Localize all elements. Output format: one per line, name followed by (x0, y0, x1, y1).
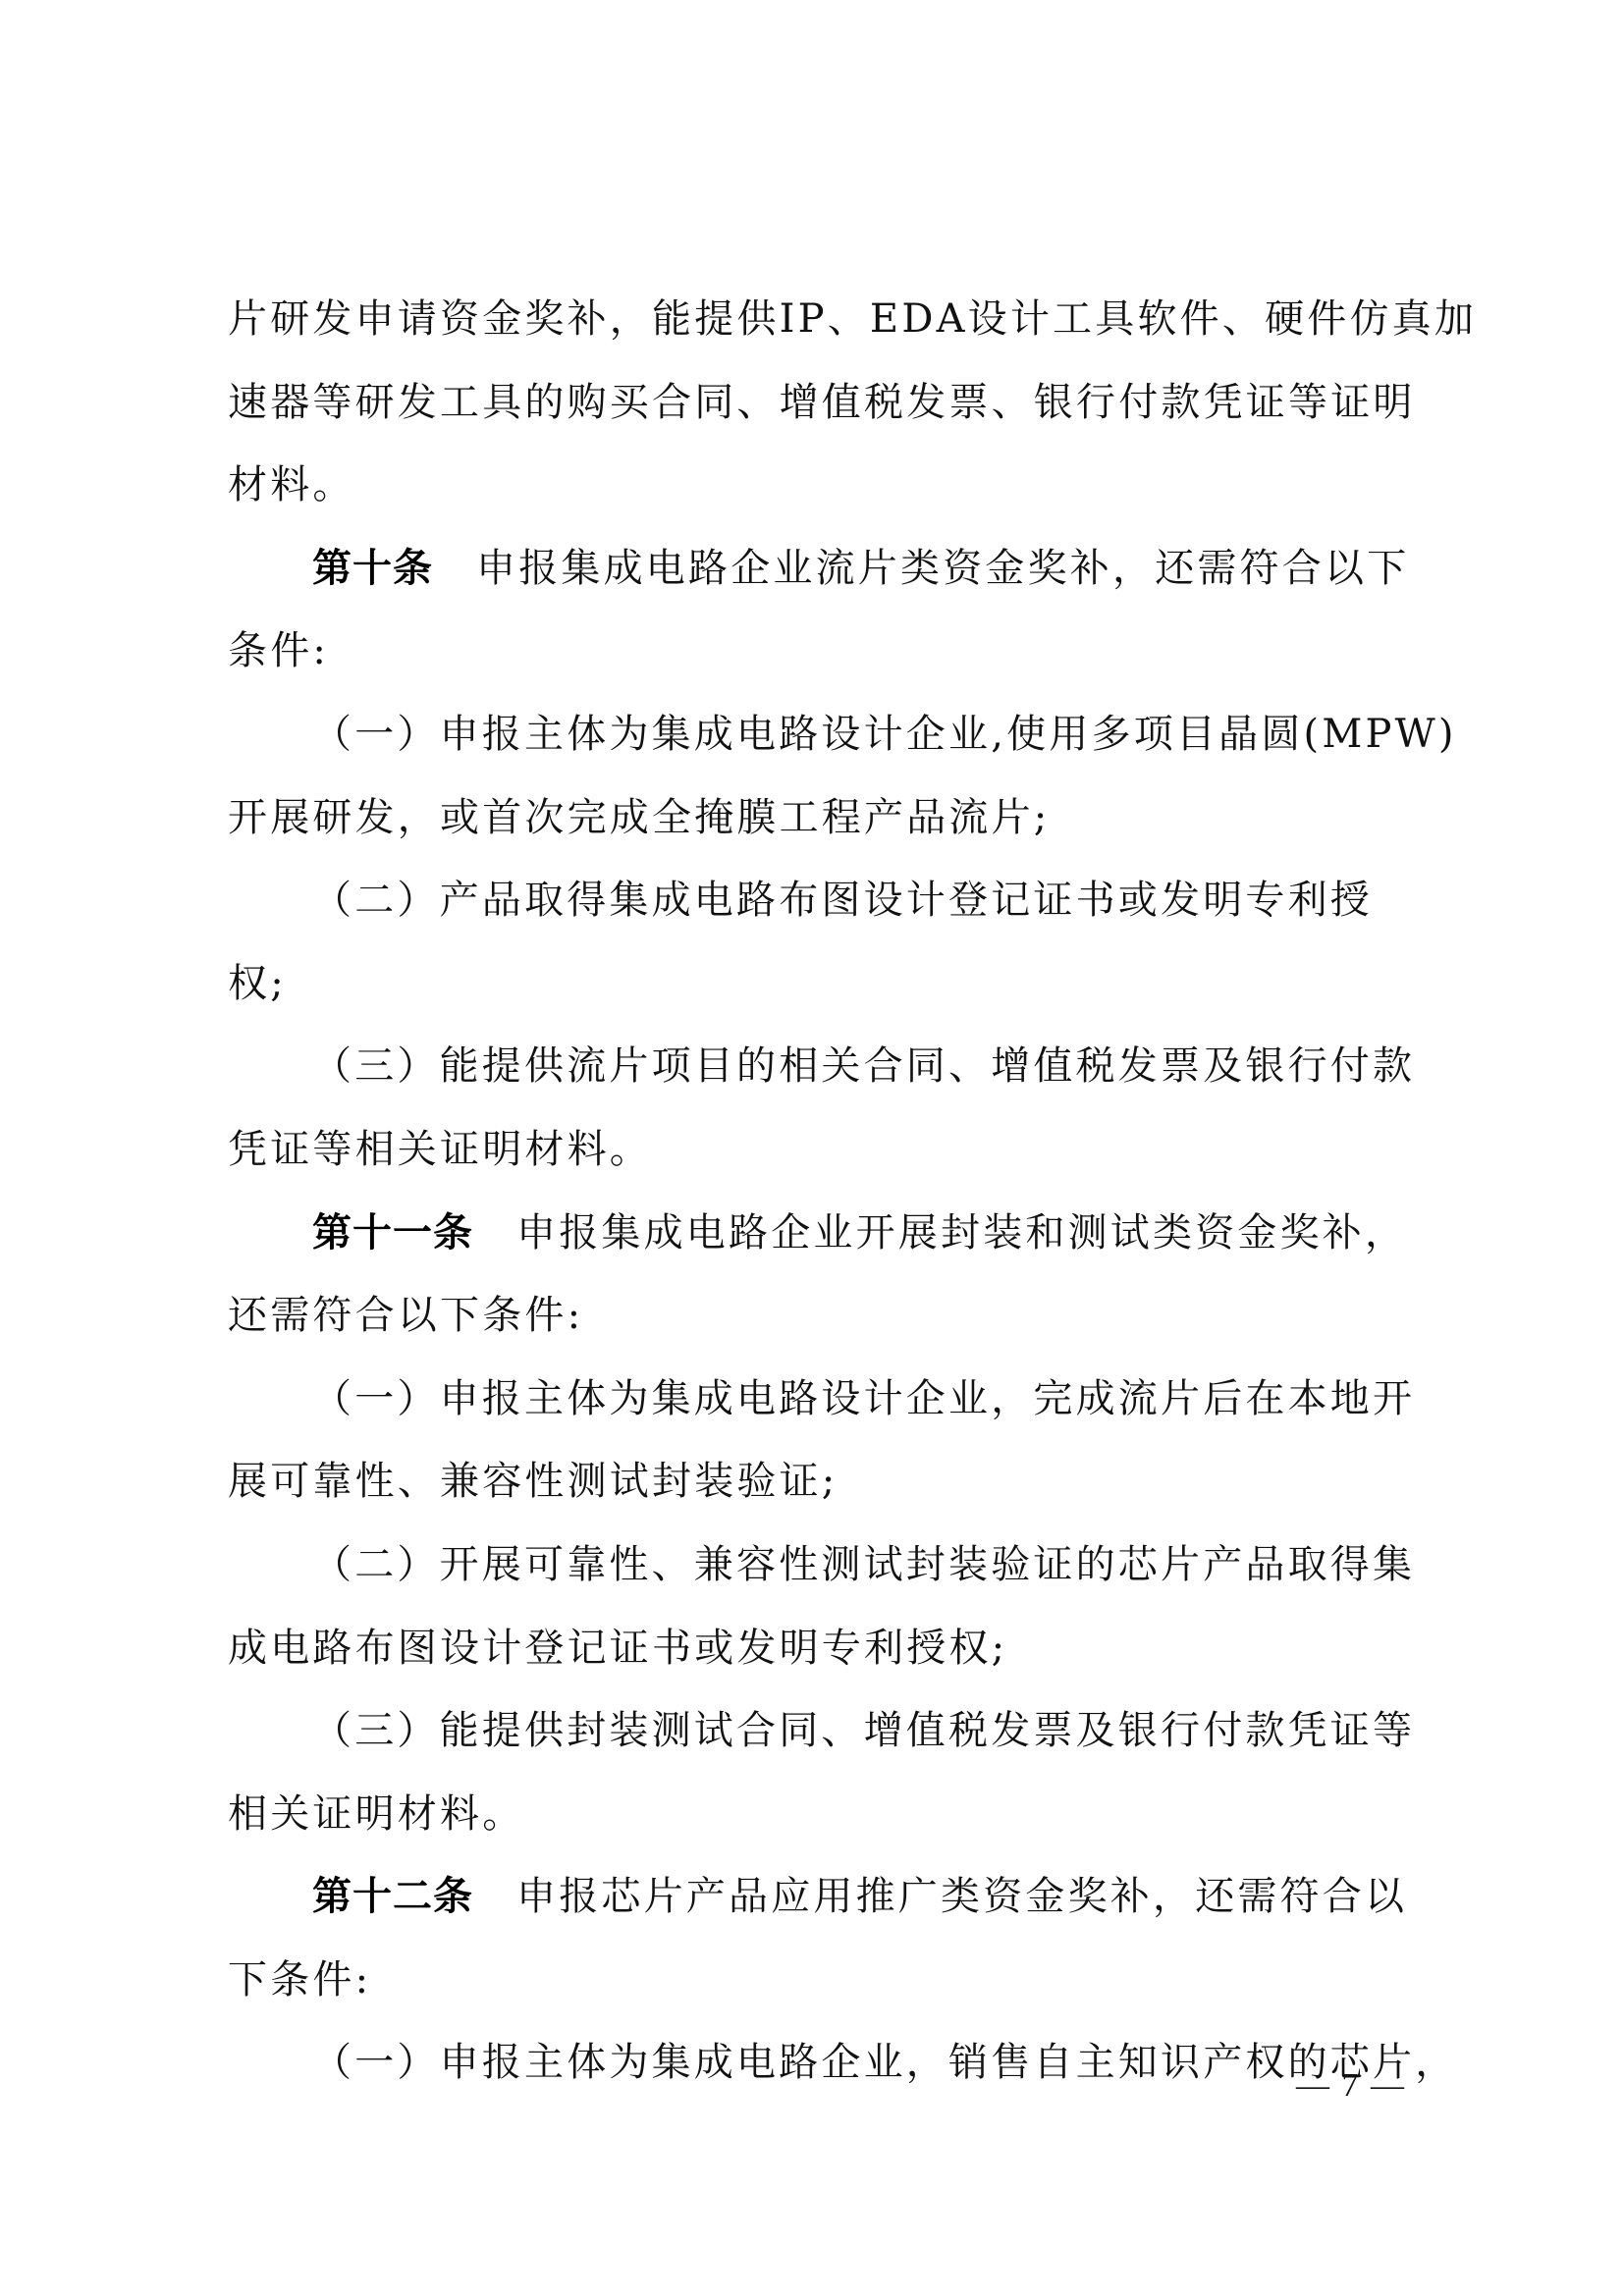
document-page: 片研发申请资金奖补，能提供IP、EDA设计工具软件、硬件仿真加 速器等研发工具的… (0, 0, 1623, 2296)
article-heading: 第十二条 (312, 1874, 473, 1919)
article-text: 申报集成电路企业开展封装和测试类资金奖补， (516, 1210, 1407, 1255)
article-heading: 第十条 (312, 546, 433, 591)
list-item-line: （二）产品取得集成电路布图设计登记证书或发明专利授 (228, 859, 1421, 942)
document-body: 片研发申请资金奖补，能提供IP、EDA设计工具软件、硬件仿真加 速器等研发工具的… (228, 278, 1421, 2105)
list-item-line: （一）申报主体为集成电路设计企业,使用多项目晶圆(MPW) (228, 693, 1421, 776)
article-heading: 第十一条 (312, 1210, 473, 1255)
article-12-line: 第十二条申报芯片产品应用推广类资金奖补，还需符合以 (228, 1855, 1421, 1939)
body-line: 片研发申请资金奖补，能提供IP、EDA设计工具软件、硬件仿真加 (228, 278, 1421, 361)
body-line: 成电路布图设计登记证书或发明专利授权; (228, 1607, 1421, 1690)
article-11-line: 第十一条申报集成电路企业开展封装和测试类资金奖补， (228, 1192, 1421, 1275)
list-item-line: （三）能提供封装测试合同、增值税发票及银行付款凭证等 (228, 1689, 1421, 1773)
article-text: 申报集成电路企业流片类资金奖补，还需符合以下 (476, 546, 1409, 591)
body-line: 下条件: (228, 1939, 1421, 2022)
body-line: 权; (228, 942, 1421, 1026)
body-line: 还需符合以下条件: (228, 1274, 1421, 1358)
body-line: 材料。 (228, 444, 1421, 527)
list-item-line: （一）申报主体为集成电路企业，销售自主知识产权的芯片， (228, 2021, 1421, 2105)
article-10-line: 第十条申报集成电路企业流片类资金奖补，还需符合以下 (228, 527, 1421, 611)
article-text: 申报芯片产品应用推广类资金奖补，还需符合以 (516, 1874, 1407, 1919)
body-line: 凭证等相关证明材料。 (228, 1108, 1421, 1192)
list-item-line: （三）能提供流片项目的相关合同、增值税发票及银行付款 (228, 1025, 1421, 1108)
page-number: — 7 — (1272, 2061, 1430, 2110)
body-line: 条件: (228, 610, 1421, 693)
list-item-line: （二）开展可靠性、兼容性测试封装验证的芯片产品取得集 (228, 1523, 1421, 1607)
body-line: 展可靠性、兼容性测试封装验证; (228, 1440, 1421, 1523)
body-line: 相关证明材料。 (228, 1773, 1421, 1856)
list-item-line: （一）申报主体为集成电路设计企业，完成流片后在本地开 (228, 1358, 1421, 1441)
body-line: 开展研发，或首次完成全掩膜工程产品流片; (228, 776, 1421, 860)
body-line: 速器等研发工具的购买合同、增值税发票、银行付款凭证等证明 (228, 361, 1421, 445)
